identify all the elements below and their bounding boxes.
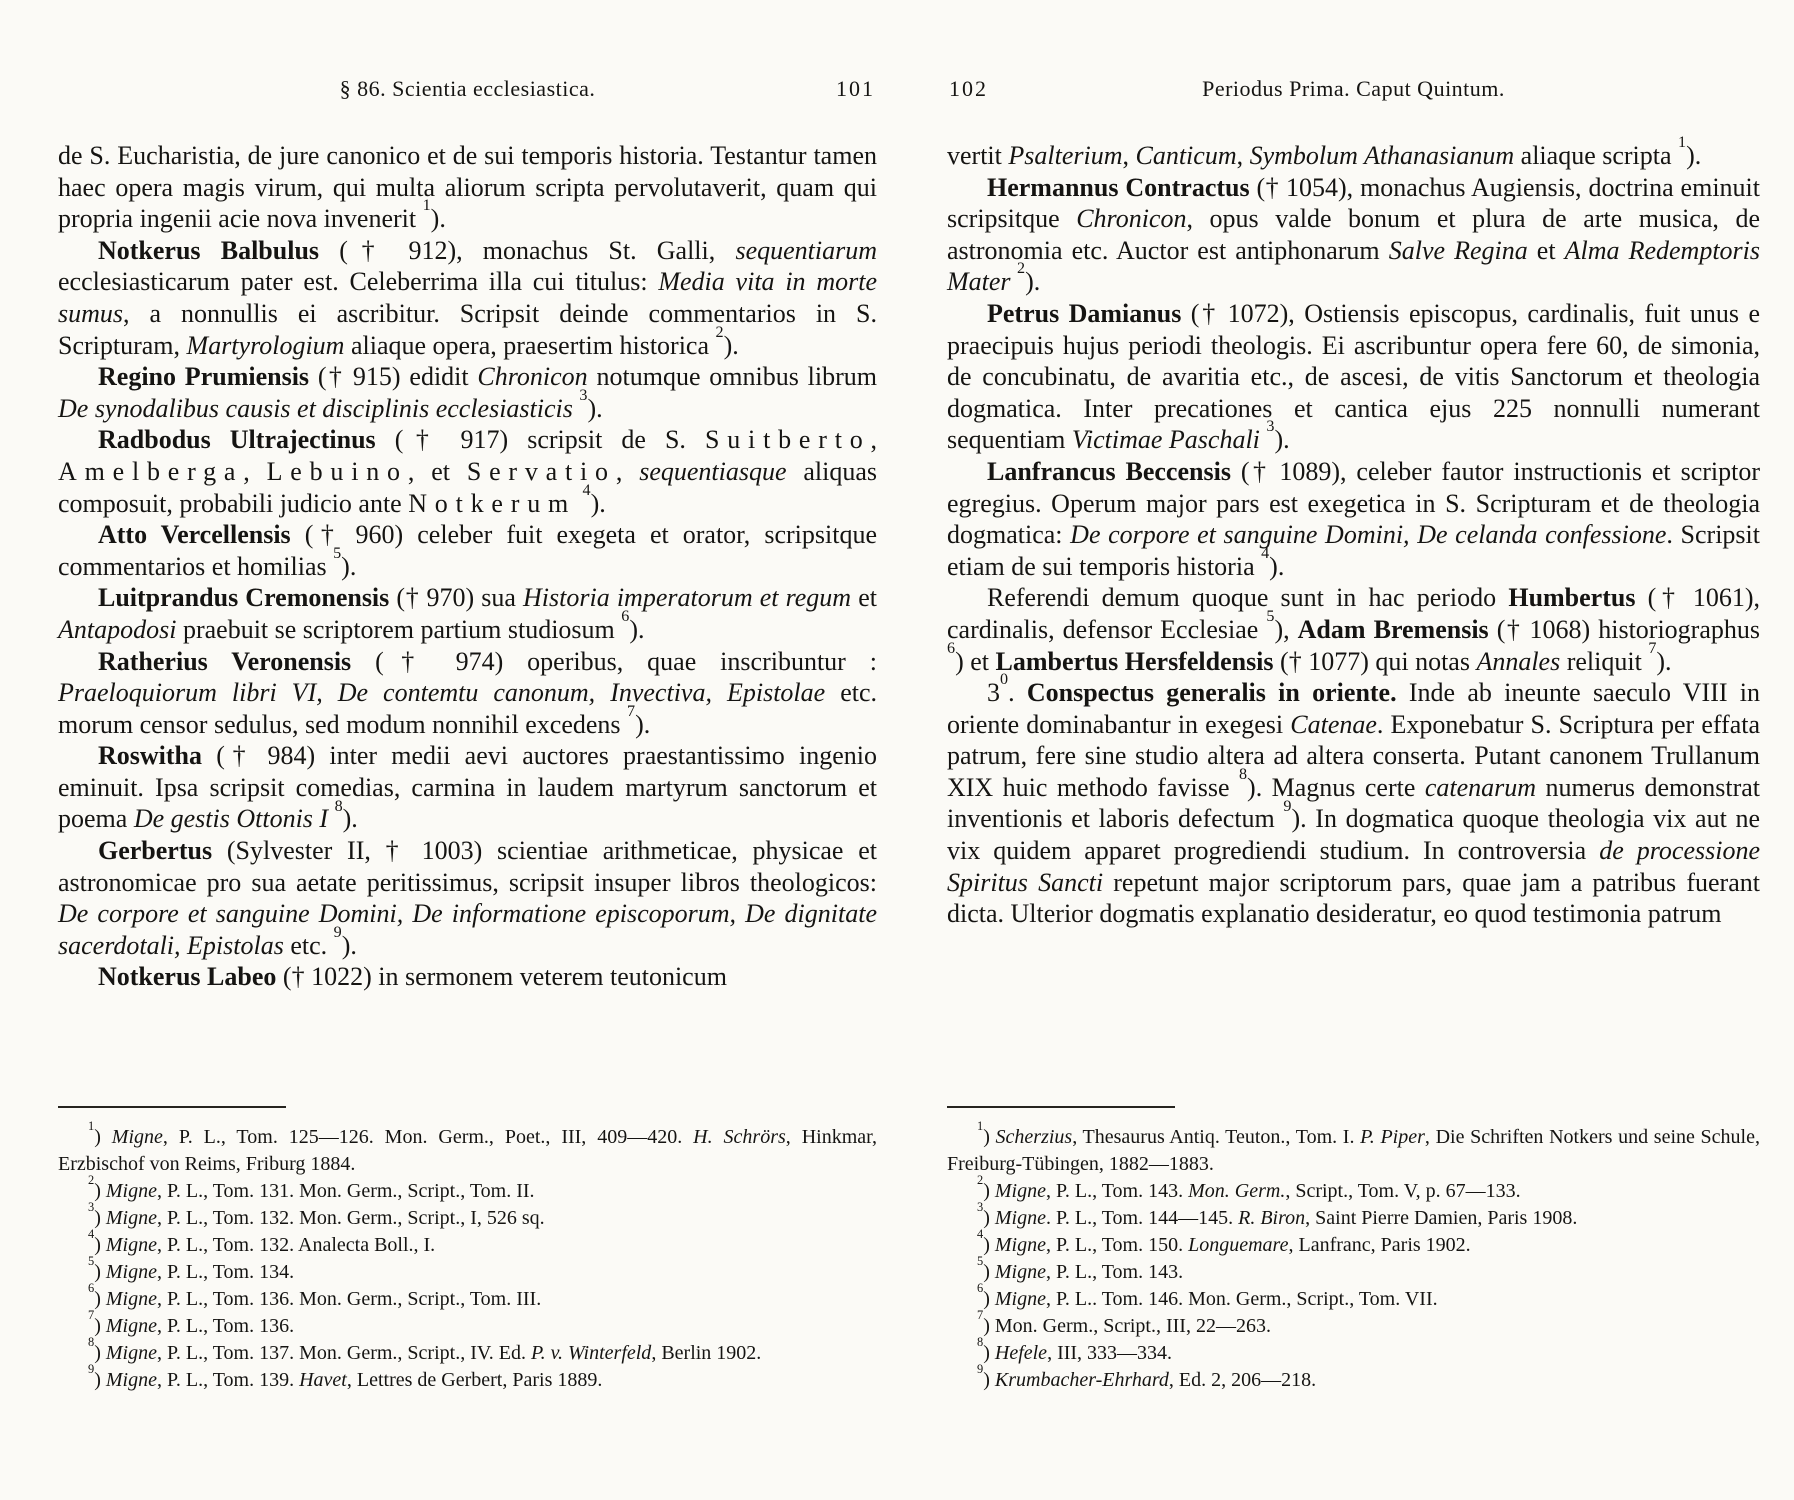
bold-run: Luitprandus Cremonensis	[98, 583, 389, 612]
italic-run: sequentiasque	[639, 457, 786, 486]
bold-run: Notkerus Balbulus	[98, 236, 319, 265]
footnote-reference: 2	[716, 324, 724, 341]
right-page: 102 Periodus Prima. Caput Quintum. verti…	[897, 0, 1794, 1500]
footnote: 3) Migne. P. L., Tom. 144—145. R. Biron,…	[947, 1205, 1760, 1232]
italic-run: Alma Redemptoris Mater	[947, 236, 1760, 297]
footnote-marker: 9	[977, 1362, 983, 1376]
left-page-number: 101	[836, 76, 875, 102]
footnote: 2) Migne, P. L., Tom. 131. Mon. Germ., S…	[58, 1178, 877, 1205]
italic-run: De corpore et sanguine Domini, De celand…	[1070, 520, 1666, 549]
footnote: 9) Krumbacher-Ehrhard, Ed. 2, 206—218.	[947, 1367, 1760, 1394]
footnote-reference: 7	[627, 703, 635, 720]
footnote-reference: 0	[1000, 671, 1008, 688]
letterspaced-run: Servatio	[467, 457, 616, 486]
bold-run: Atto Vercellensis	[98, 520, 291, 549]
italic-run: Migne	[995, 1261, 1046, 1283]
bold-run: Notkerus Labeo	[98, 962, 276, 991]
italic-run: P. v. Winterfeld	[531, 1342, 651, 1364]
paragraph: Notkerus Balbulus († 912), monachus St. …	[58, 235, 877, 361]
paragraph: Notkerus Labeo († 1022) in sermonem vete…	[58, 961, 877, 993]
italic-run: Praeloquiorum libri VI, De contemtu cano…	[58, 678, 825, 707]
italic-run: Krumbacher-Ehrhard	[995, 1369, 1169, 1391]
footnote: 6) Migne, P. L., Tom. 136. Mon. Germ., S…	[58, 1286, 877, 1313]
footnote: 4) Migne, P. L., Tom. 150. Longuemare, L…	[947, 1232, 1760, 1259]
footnote-marker: 5	[977, 1254, 983, 1268]
right-footnote-rule	[947, 1106, 1175, 1108]
left-page-header: § 86. Scientia ecclesiastica. 101	[58, 76, 877, 104]
footnote-marker: 2	[88, 1173, 94, 1187]
footnote: 3) Migne, P. L., Tom. 132. Mon. Germ., S…	[58, 1205, 877, 1232]
book-scan-spread: { "left_page": { "header": { "title": "§…	[0, 0, 1794, 1500]
paragraph: Regino Prumiensis († 915) edidit Chronic…	[58, 361, 877, 424]
italic-run: Longuemare	[1188, 1234, 1288, 1256]
footnote: 4) Migne, P. L., Tom. 132. Analecta Boll…	[58, 1232, 877, 1259]
italic-run: Migne	[106, 1261, 157, 1283]
footnote: 1) Migne, P. L., Tom. 125—126. Mon. Germ…	[58, 1124, 877, 1178]
footnote-reference: 6	[621, 608, 629, 625]
footnote: 8) Migne, P. L., Tom. 137. Mon. Germ., S…	[58, 1340, 877, 1367]
right-footnotes-section: 1) Scherzius, Thesaurus Antiq. Teuton., …	[947, 1124, 1760, 1394]
footnote-marker: 3	[977, 1200, 983, 1214]
footnote-reference: 9	[334, 924, 342, 941]
italic-run: Chronicon	[1076, 204, 1186, 233]
paragraph: Referendi demum quoque sunt in hac perio…	[947, 582, 1760, 677]
bold-run: Regino Prumiensis	[98, 362, 309, 391]
italic-run: Migne	[106, 1342, 157, 1364]
italic-run: De corpore et sanguine Domini, De inform…	[58, 899, 877, 960]
bold-run: Conspectus generalis in oriente.	[1027, 678, 1397, 707]
footnote: 7) Mon. Germ., Script., III, 22—263.	[947, 1313, 1760, 1340]
footnote-marker: 1	[88, 1119, 94, 1133]
paragraph: 30. Conspectus generalis in oriente. Ind…	[947, 677, 1760, 930]
paragraph: Lanfrancus Beccensis († 1089), celeber f…	[947, 456, 1760, 582]
italic-run: Symbolum Athanasianum	[1250, 141, 1515, 170]
footnote-marker: 8	[977, 1335, 983, 1349]
italic-run: Historia imperatorum et regum	[523, 583, 851, 612]
footnote: 1) Scherzius, Thesaurus Antiq. Teuton., …	[947, 1124, 1760, 1178]
bold-run: Lambertus Hersfeldensis	[995, 647, 1273, 676]
letterspaced-run: Notkerum	[408, 489, 576, 518]
italic-run: Antapodosi	[58, 615, 176, 644]
footnote-reference: 3	[579, 387, 587, 404]
italic-run: Psalterium	[1008, 141, 1122, 170]
bold-run: Ratherius Veronensis	[98, 647, 351, 676]
right-page-header: 102 Periodus Prima. Caput Quintum.	[947, 76, 1760, 104]
bold-run: Gerbertus	[98, 836, 212, 865]
footnote: 9) Migne, P. L., Tom. 139. Havet, Lettre…	[58, 1367, 877, 1394]
paragraph: Atto Vercellensis († 960) celeber fuit e…	[58, 519, 877, 582]
left-footnote-rule	[58, 1106, 286, 1108]
right-page-number: 102	[949, 76, 988, 102]
footnote-marker: 8	[88, 1335, 94, 1349]
bold-run: Humbertus	[1508, 583, 1635, 612]
letterspaced-run: Amelberga	[58, 457, 243, 486]
italic-run: Migne	[106, 1315, 157, 1337]
bold-run: Adam Bremensis	[1298, 615, 1489, 644]
footnote-reference: 9	[1283, 798, 1291, 815]
footnote-reference: 4	[1261, 545, 1269, 562]
italic-run: Hefele	[995, 1342, 1047, 1364]
footnote-reference: 8	[335, 798, 343, 815]
footnote: 7) Migne, P. L., Tom. 136.	[58, 1313, 877, 1340]
bold-run: Petrus Damianus	[987, 299, 1181, 328]
italic-run: Migne	[995, 1180, 1046, 1202]
footnote: 2) Migne, P. L., Tom. 143. Mon. Germ., S…	[947, 1178, 1760, 1205]
italic-run: catenarum	[1425, 773, 1536, 802]
italic-run: sequentiarum	[735, 236, 877, 265]
footnote: 8) Hefele, III, 333—334.	[947, 1340, 1760, 1367]
left-running-title: § 86. Scientia ecclesiastica.	[340, 76, 596, 101]
italic-run: Salve Regina	[1389, 236, 1528, 265]
italic-run: Migne	[106, 1234, 157, 1256]
footnote-reference: 8	[1239, 766, 1247, 783]
footnote: 5) Migne, P. L., Tom. 134.	[58, 1259, 877, 1286]
italic-run: Scherzius	[996, 1126, 1073, 1148]
bold-run: Roswitha	[98, 741, 202, 770]
footnote-marker: 3	[88, 1200, 94, 1214]
italic-run: Migne	[106, 1288, 157, 1310]
paragraph: Petrus Damianus († 1072), Ostiensis epis…	[947, 298, 1760, 456]
paragraph: vertit Psalterium, Canticum, Symbolum At…	[947, 140, 1760, 172]
italic-run: R. Biron	[1238, 1207, 1305, 1229]
paragraph: Gerbertus (Sylvester II, † 1003) scienti…	[58, 835, 877, 961]
italic-run: Havet	[299, 1369, 347, 1391]
italic-run: De synodalibus causis et disciplinis ecc…	[58, 394, 579, 423]
left-page: § 86. Scientia ecclesiastica. 101 de S. …	[0, 0, 897, 1500]
italic-run: de processione Spiritus Sancti	[947, 836, 1760, 897]
letterspaced-run: Suitberto	[705, 425, 871, 454]
footnote-reference: 1	[1678, 134, 1686, 151]
italic-run: Migne	[112, 1126, 163, 1148]
footnote-marker: 7	[88, 1308, 94, 1322]
footnote-marker: 4	[977, 1227, 983, 1241]
italic-run: Migne	[995, 1288, 1046, 1310]
footnote: 6) Migne, P. L.. Tom. 146. Mon. Germ., S…	[947, 1286, 1760, 1313]
paragraph: Hermannus Contractus († 1054), monachus …	[947, 172, 1760, 298]
footnote-reference: 4	[583, 482, 591, 499]
italic-run: P. Piper	[1360, 1126, 1425, 1148]
footnote: 5) Migne, P. L., Tom. 143.	[947, 1259, 1760, 1286]
footnote-marker: 2	[977, 1173, 983, 1187]
footnote-marker: 7	[977, 1308, 983, 1322]
footnote-reference: 5	[1266, 608, 1274, 625]
italic-run: Migne	[995, 1207, 1046, 1229]
italic-run: Migne	[995, 1234, 1046, 1256]
italic-run: H. Schrörs	[693, 1126, 786, 1148]
right-body-text: vertit Psalterium, Canticum, Symbolum At…	[947, 140, 1760, 1088]
italic-run: Annales	[1476, 647, 1560, 676]
bold-run: Lanfrancus Beccensis	[987, 457, 1231, 486]
footnote-marker: 9	[88, 1362, 94, 1376]
italic-run: De gestis Ottonis I	[134, 804, 335, 833]
footnote-reference: 5	[333, 545, 341, 562]
italic-run: Chronicon	[477, 362, 587, 391]
footnote-marker: 6	[977, 1281, 983, 1295]
italic-run: Canticum	[1135, 141, 1236, 170]
footnote-marker: 6	[88, 1281, 94, 1295]
paragraph: Roswitha († 984) inter medii aevi auctor…	[58, 740, 877, 835]
italic-run: Martyrologium	[187, 331, 345, 360]
letterspaced-run: Lebuino	[267, 457, 408, 486]
italic-run: Migne	[106, 1369, 157, 1391]
right-running-title: Periodus Prima. Caput Quintum.	[1202, 76, 1505, 101]
left-footnotes-section: 1) Migne, P. L., Tom. 125—126. Mon. Germ…	[58, 1124, 877, 1394]
footnote-reference: 3	[1266, 418, 1274, 435]
italic-run: Catenae	[1290, 710, 1377, 739]
footnote-marker: 4	[88, 1227, 94, 1241]
footnote-reference: 1	[423, 197, 431, 214]
left-body-text: de S. Eucharistia, de jure canonico et d…	[58, 140, 877, 1088]
bold-run: Radbodus Ultrajectinus	[98, 425, 376, 454]
paragraph: de S. Eucharistia, de jure canonico et d…	[58, 140, 877, 235]
italic-run: Victimae Paschali	[1072, 425, 1266, 454]
footnote-reference: 2	[1017, 260, 1025, 277]
footnote-reference: 6	[947, 640, 955, 657]
italic-run: Migne	[106, 1207, 157, 1229]
italic-run: Mon. Germ.	[1188, 1180, 1285, 1202]
paragraph: Ratherius Veronensis († 974) operibus, q…	[58, 646, 877, 741]
italic-run: Media vita in morte sumus	[58, 267, 877, 328]
paragraph: Luitprandus Cremonensis († 970) sua Hist…	[58, 582, 877, 645]
paragraph: Radbodus Ultrajectinus († 917) scripsit …	[58, 424, 877, 519]
footnote-reference: 7	[1648, 640, 1656, 657]
footnote-marker: 5	[88, 1254, 94, 1268]
italic-run: Migne	[106, 1180, 157, 1202]
footnote-marker: 1	[977, 1119, 983, 1133]
bold-run: Hermannus Contractus	[987, 173, 1250, 202]
